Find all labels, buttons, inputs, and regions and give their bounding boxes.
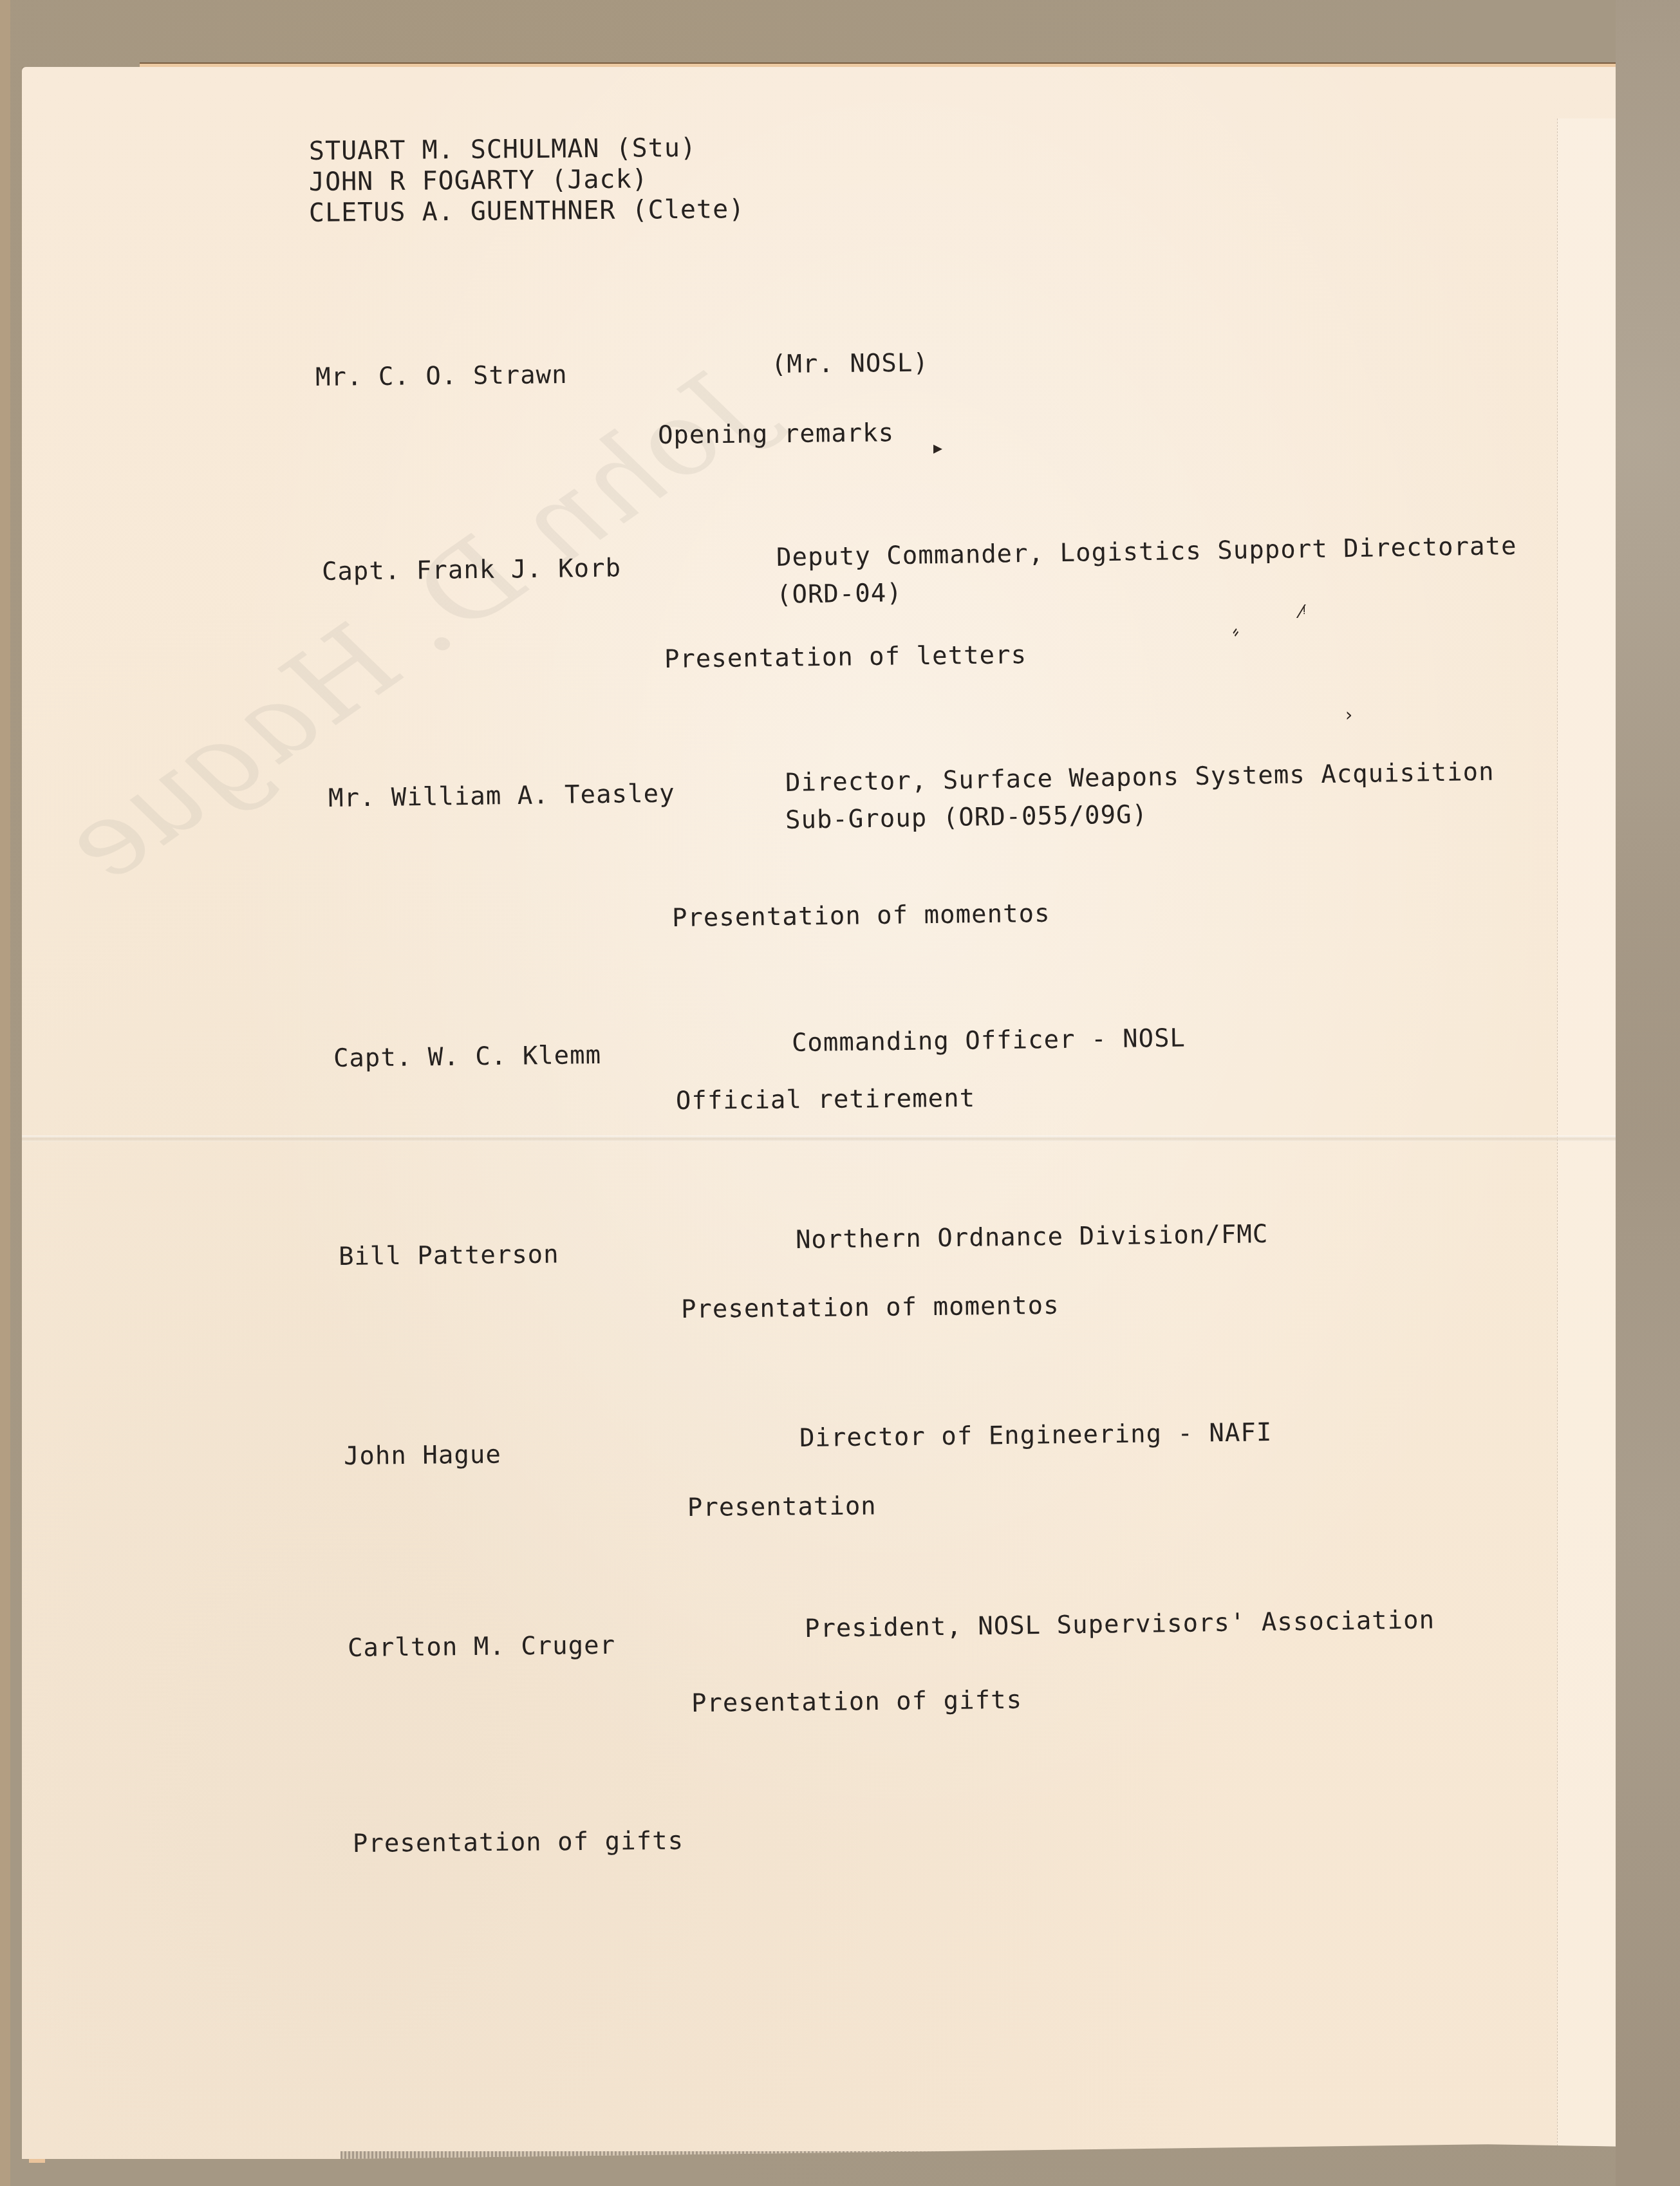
speaker-name: Mr. C. O. Strawn [315, 360, 568, 393]
program-activity: Presentation of momentos [672, 899, 1050, 933]
honoree-name: STUART M. SCHULMAN (Stu) [309, 133, 696, 167]
ink-smudge: › [1345, 704, 1352, 725]
speaker-name: Carlton M. Cruger [348, 1631, 616, 1663]
backing-board-edge [0, 0, 10, 2186]
speaker-title: Northern Ordnance Division/FMC [796, 1220, 1269, 1255]
speaker-name: John Hague [344, 1440, 501, 1471]
ink-smudge: ⸗ [1227, 621, 1243, 642]
speaker-title: Director of Engineering - NAFI [799, 1418, 1273, 1453]
speaker-title: Deputy Commander, Logistics Support Dire… [776, 532, 1517, 573]
speaker-title: President, NOSL Supervisors' Association [805, 1605, 1435, 1644]
closing-activity: Presentation of gifts [353, 1827, 684, 1860]
speaker-title-code: (ORD-04) [776, 579, 903, 610]
program-activity: Presentation of gifts [691, 1686, 1023, 1719]
program-activity: Presentation [687, 1491, 877, 1523]
program-activity: Presentation of letters [664, 640, 1027, 675]
speaker-name: Capt. W. C. Klemm [333, 1041, 602, 1074]
ink-smudge: ⁄ᵎ [1300, 601, 1306, 622]
speaker-name: Bill Patterson [339, 1240, 559, 1272]
speaker-title: Director, Surface Weapons Systems Acquis… [785, 758, 1495, 798]
speaker-title: (Mr. NOSL) [771, 348, 929, 380]
backing-felt [1616, 0, 1680, 2186]
speaker-name: Mr. William A. Teasley [328, 779, 675, 814]
ink-speck: ▸ [933, 437, 942, 458]
program-activity: Official retirement [676, 1084, 976, 1116]
fold-crease [22, 1135, 1616, 1142]
speaker-name: Capt. Frank J. Korb [322, 554, 622, 587]
program-activity: Opening remarks [658, 418, 895, 451]
program-activity: Presentation of momentos [681, 1291, 1059, 1325]
honoree-name: CLETUS A. GUENTHNER (Clete) [309, 194, 745, 229]
honoree-name: JOHN R FOGARTY (Jack) [309, 164, 648, 198]
program-page: John D. Hague STUART M. SCHULMAN (Stu) J… [22, 67, 1616, 2159]
speaker-title: Commanding Officer - NOSL [792, 1024, 1186, 1058]
speaker-title-code: Sub-Group (ORD-055/09G) [785, 800, 1148, 836]
